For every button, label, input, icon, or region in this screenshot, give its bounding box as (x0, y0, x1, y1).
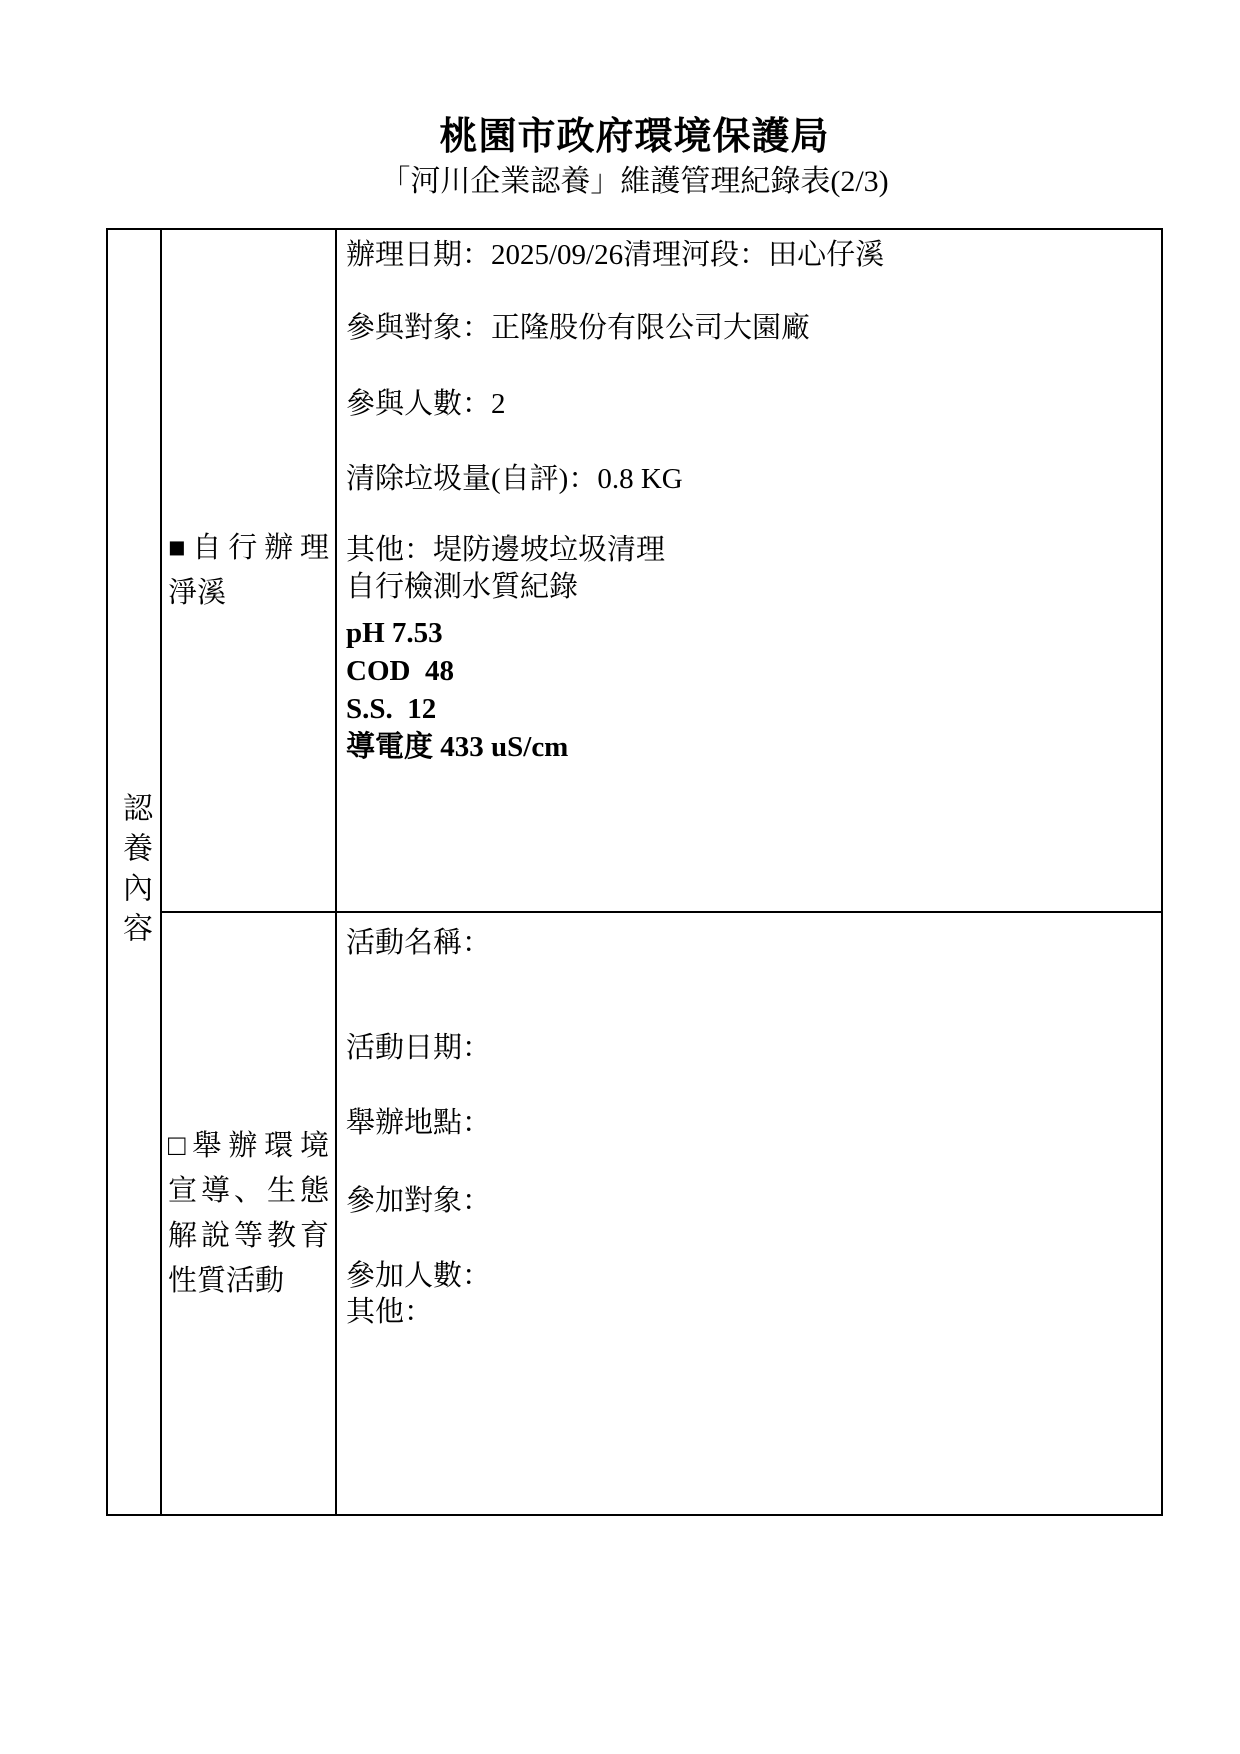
page-header: 桃園市政府環境保護局 「河川企業認養」維護管理紀錄表(2/3) (106, 112, 1163, 202)
section-self-cleanup-label: ■自行辦理淨溪 (168, 526, 329, 616)
field-activity-count: 參加人數： (346, 1258, 1149, 1294)
water-quality-ss: S.S. 12 (346, 690, 1149, 728)
page-title: 桃園市政府環境保護局 (106, 112, 1163, 162)
water-quality-ph: pH 7.53 (346, 614, 1149, 652)
page-subtitle: 「河川企業認養」維護管理紀錄表(2/3) (106, 162, 1163, 202)
field-activity-location: 舉辦地點： (346, 1105, 1149, 1141)
field-activity-other: 其他： (346, 1294, 1149, 1330)
record-table: 認養內容 ■自行辦理淨溪 辦理日期：2025/09/26清理河段：田心仔溪 參與… (106, 228, 1163, 1516)
checkbox-unchecked-icon: □ (168, 1130, 192, 1162)
field-other-note: 其他：堤防邊坡垃圾清理 (346, 532, 1149, 568)
field-trash-amount: 清除垃圾量(自評)：0.8 KG (346, 461, 1149, 497)
row-header-cell: 認養內容 (108, 230, 162, 1514)
field-activity-date: 活動日期： (346, 1030, 1149, 1066)
water-quality-cod: COD 48 (346, 652, 1149, 690)
water-quality-record-title: 自行檢測水質紀錄 (346, 569, 1149, 605)
field-participants-target: 參與對象：正隆股份有限公司大園廠 (346, 310, 1149, 346)
section-education-activity-label-text: 舉辦環境宣導、生態解說等教育性質活動 (168, 1130, 329, 1297)
section-self-cleanup-content: 辦理日期：2025/09/26清理河段：田心仔溪 參與對象：正隆股份有限公司大園… (337, 230, 1161, 913)
water-quality-conductivity: 導電度 433 uS/cm (346, 728, 1149, 766)
section-self-cleanup-label-text: 自行辦理淨溪 (168, 532, 329, 609)
field-handle-date-and-river-section: 辦理日期：2025/09/26清理河段：田心仔溪 (346, 237, 1149, 273)
field-participants-count: 參與人數：2 (346, 386, 1149, 422)
section-education-activity-label: □舉辦環境宣導、生態解說等教育性質活動 (168, 1124, 329, 1304)
section-self-cleanup-label-cell: ■自行辦理淨溪 (162, 230, 337, 913)
checkbox-checked-icon: ■ (168, 532, 192, 564)
field-activity-name: 活動名稱： (346, 925, 1149, 961)
field-activity-target: 參加對象： (346, 1183, 1149, 1219)
section-education-activity-label-cell: □舉辦環境宣導、生態解說等教育性質活動 (162, 913, 337, 1514)
adoption-content-header: 認養內容 (107, 792, 161, 952)
section-education-activity-content: 活動名稱： 活動日期： 舉辦地點： 參加對象： 參加人數： 其他： (337, 913, 1161, 1514)
